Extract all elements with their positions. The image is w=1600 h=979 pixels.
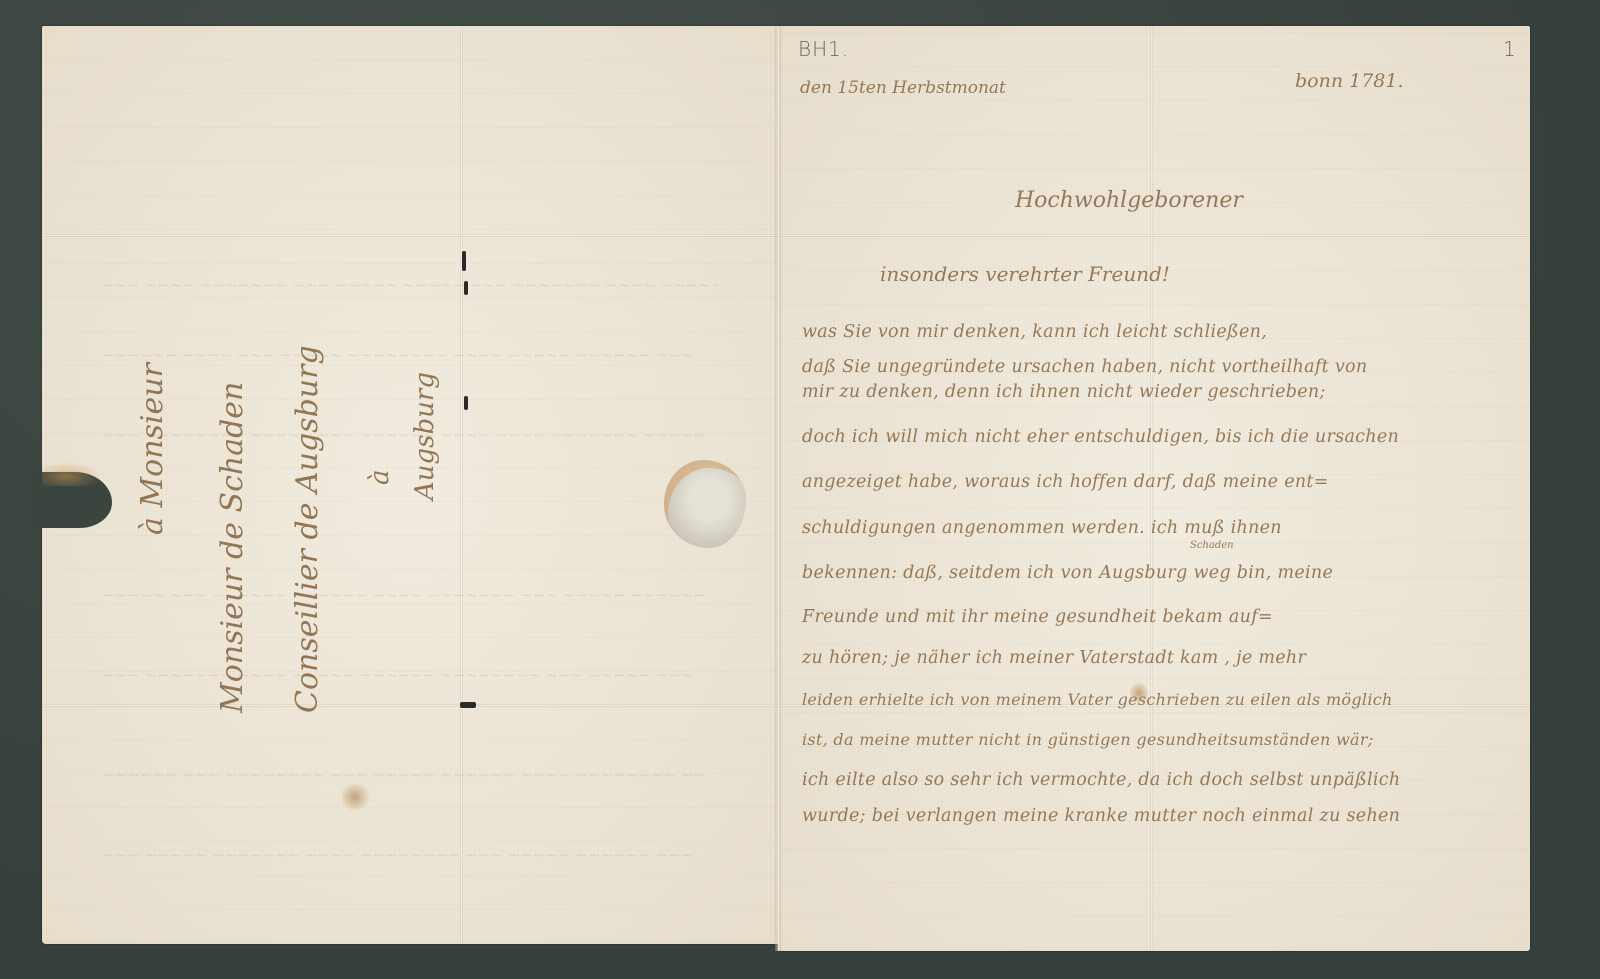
center-fold: [775, 26, 781, 951]
shelfmark-label: BH1.: [798, 37, 849, 61]
interlinear-insertion: Schaden: [1190, 540, 1234, 551]
folio-number: 1: [1503, 37, 1517, 61]
body-line: Freunde und mit ihr meine gesundheit bek…: [802, 607, 1273, 627]
address-line: Monsieur de Schaden: [215, 382, 250, 713]
body-line: schuldigungen angenommen werden. ich muß…: [802, 518, 1282, 538]
stain: [338, 784, 372, 810]
body-line: mir zu denken, denn ich ihnen nicht wied…: [802, 382, 1326, 402]
address-line: Conseillier de Augsburg: [290, 345, 325, 713]
body-line: leiden erhielte ich von meinem Vater ges…: [802, 690, 1393, 709]
bleed-through-text: ~~~~~~ ~~~ ~~~~~~~~ ~~~ ~~~~~ ~~~~~~ ~~~…: [102, 766, 718, 784]
address-block: à Monsieur Monsieur de Schaden Conseilli…: [120, 235, 480, 735]
body-line: bekennen: daß, seitdem ich von Augsburg …: [802, 563, 1333, 583]
body-line: ich eilte also so sehr ich vermochte, da…: [802, 770, 1400, 790]
address-line: à Monsieur: [135, 363, 170, 535]
body-line: ist, da meine mutter nicht in günstigen …: [802, 730, 1374, 749]
date-day: den 15ten Herbstmonat: [800, 78, 1006, 98]
salutation-address: insonders verehrter Freund!: [880, 262, 1170, 286]
bleed-through-text: ~~~ ~~~~~ ~~~~~~~ ~~~~ ~~~~~~~~ ~~~ ~~~~…: [102, 846, 718, 864]
stain: [42, 462, 102, 486]
date-place-year: bonn 1781.: [1295, 70, 1404, 92]
body-line: daß Sie ungegründete ursachen haben, nic…: [802, 357, 1367, 377]
body-line: doch ich will mich nicht eher entschuldi…: [802, 427, 1399, 447]
address-line: Augsburg: [410, 372, 440, 500]
body-line: wurde; bei verlangen meine kranke mutter…: [802, 806, 1400, 826]
body-line: angezeiget habe, woraus ich hoffen darf,…: [802, 472, 1329, 492]
fold-crease-horizontal: [778, 234, 1530, 237]
salutation-title: Hochwohlgeborener: [1015, 188, 1243, 213]
body-line: was Sie von mir denken, kann ich leicht …: [802, 322, 1267, 342]
wax-seal-stain: [664, 460, 746, 548]
body-line: zu hören; je näher ich meiner Vaterstadt…: [802, 648, 1306, 668]
address-line: à: [365, 469, 395, 485]
